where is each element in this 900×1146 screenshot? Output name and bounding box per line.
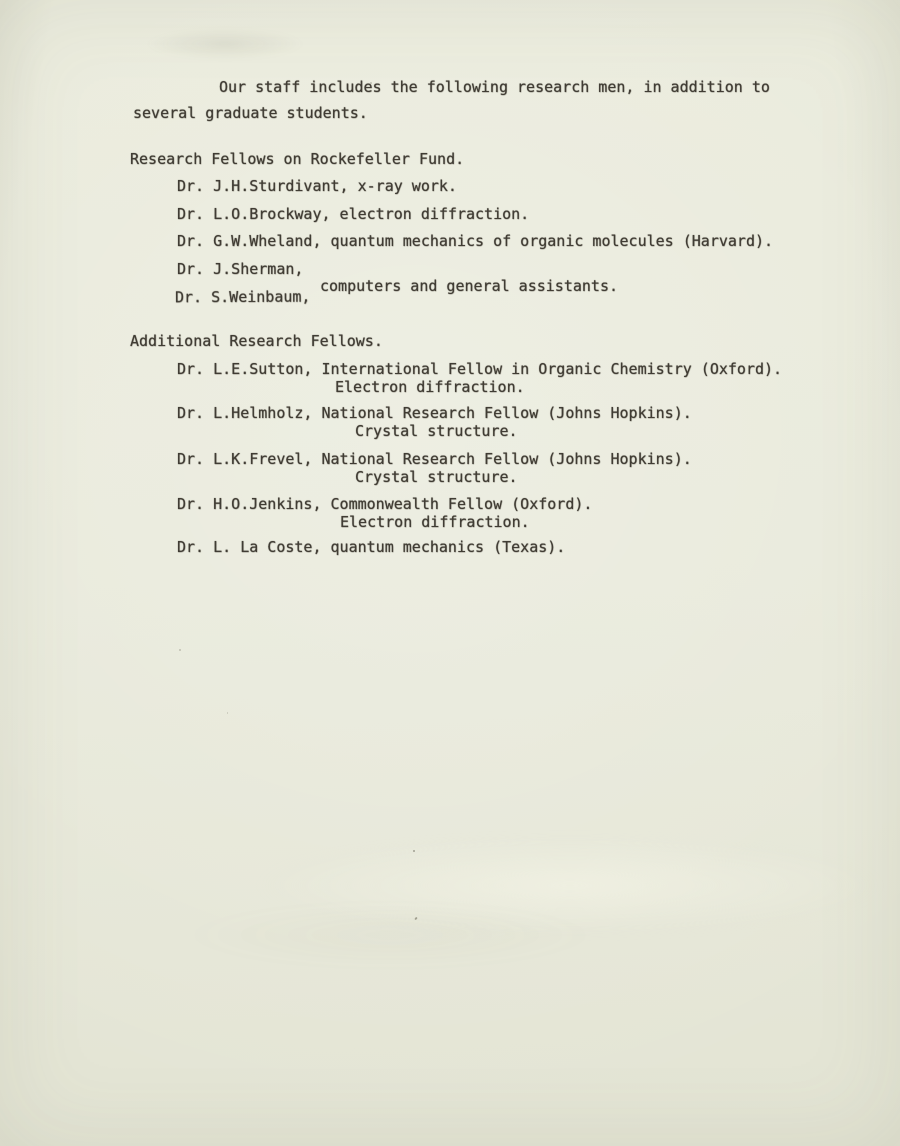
entry-frevel-specialty: Crystal structure. [355,468,518,486]
document-page: Our staff includes the following researc… [0,0,900,1146]
entry-sherman-weinbaum-role: computers and general assistants. [320,277,618,295]
entry-brockway: Dr. L.O.Brockway, electron diffraction. [177,205,529,223]
paper-speck [413,850,415,852]
entry-wheland: Dr. G.W.Wheland, quantum mechanics of or… [177,232,773,250]
entry-helmholz: Dr. L.Helmholz, National Research Fellow… [177,404,692,422]
bleed-through-band [180,900,600,970]
entry-sherman: Dr. J.Sherman, [177,260,303,278]
intro-line-1: Our staff includes the following researc… [219,78,770,96]
entry-helmholz-specialty: Crystal structure. [355,422,518,440]
entry-weinbaum: Dr. S.Weinbaum, [175,288,311,307]
section-heading-rockefeller: Research Fellows on Rockefeller Fund. [130,150,464,168]
entry-jenkins-specialty: Electron diffraction. [340,513,530,531]
bleed-through-band [255,838,885,933]
entry-frevel: Dr. L.K.Frevel, National Research Fellow… [177,450,692,468]
section-heading-additional: Additional Research Fellows. [130,332,383,350]
entry-jenkins: Dr. H.O.Jenkins, Commonwealth Fellow (Ox… [177,495,592,513]
entry-sturdivant: Dr. J.H.Sturdivant, x-ray work. [177,177,457,195]
entry-sutton: Dr. L.E.Sutton, International Fellow in … [177,360,782,378]
entry-sutton-specialty: Electron diffraction. [335,378,525,396]
paper-speck [179,649,181,651]
intro-line-2: several graduate students. [133,104,368,122]
entry-lacoste: Dr. L. La Coste, quantum mechanics (Texa… [177,538,565,556]
paper-speck [227,712,228,714]
faint-ink-smudge [145,28,305,60]
paper-speck [414,917,417,921]
